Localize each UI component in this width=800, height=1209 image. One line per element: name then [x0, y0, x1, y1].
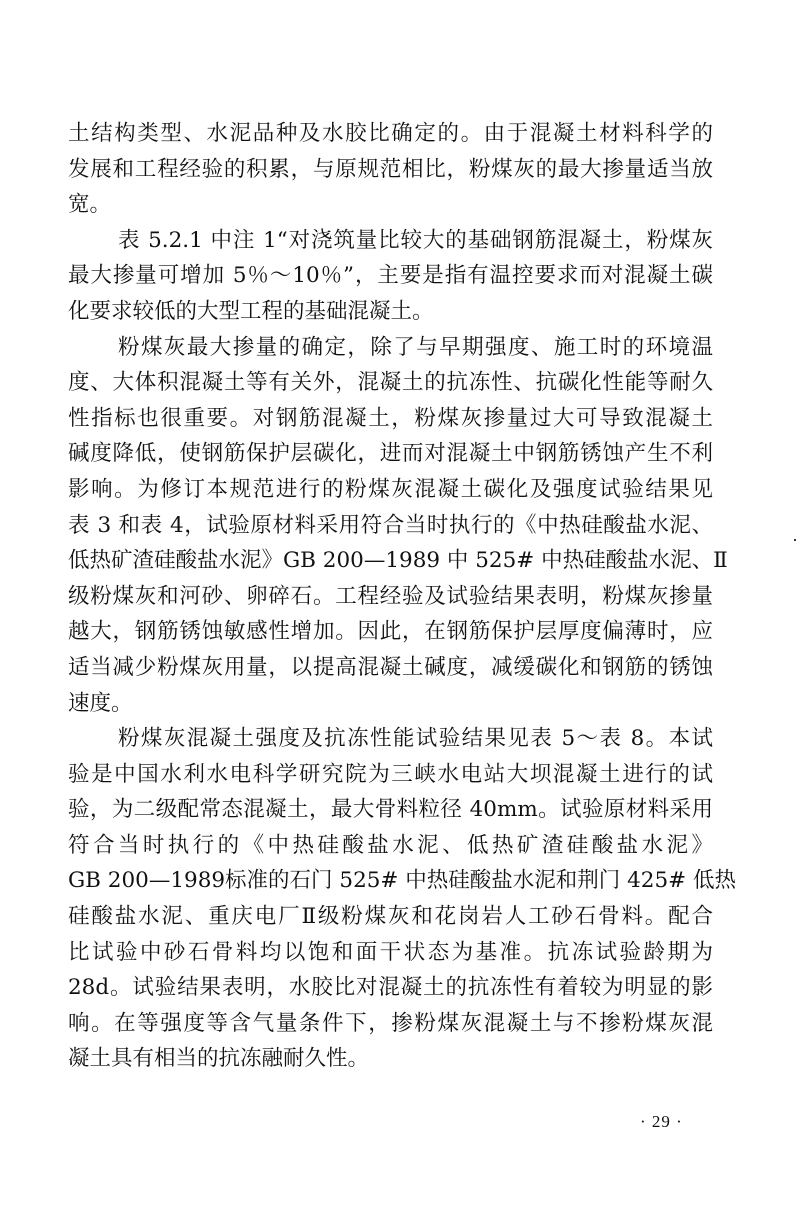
text-line: 宽。: [68, 187, 713, 223]
paragraph-1: 土结构类型、水泥品种及水胶比确定的。由于混凝土材料科学的 发展和工程经验的积累，…: [68, 116, 713, 223]
text-line: 发展和工程经验的积累，与原规范相比，粉煤灰的最大掺量适当放: [68, 152, 713, 188]
text-line: 度、大体积混凝土等有关外，混凝土的抗冻性、抗碳化性能等耐久: [68, 365, 713, 401]
text-line: 越大，钢筋锈蚀敏感性增加。因此，在钢筋保护层厚度偏薄时，应: [68, 614, 713, 650]
paragraph-2: 表 5.2.1 中注 1“对浇筑量比较大的基础钢筋混凝土，粉煤灰 最大掺量可增加…: [68, 223, 713, 330]
text-line: 比试验中砂石骨料均以饱和面干状态为基准。抗冻试验龄期为: [68, 935, 713, 971]
text-line: 速度。: [68, 686, 713, 722]
text-line: 适当减少粉煤灰用量，以提高混凝土碱度，减缓碳化和钢筋的锈蚀: [68, 650, 713, 686]
text-line: 表 5.2.1 中注 1“对浇筑量比较大的基础钢筋混凝土，粉煤灰: [68, 223, 713, 259]
text-line: 化要求较低的大型工程的基础混凝土。: [68, 294, 713, 330]
text-line: 影响。为修订本规范进行的粉煤灰混凝土碳化及强度试验结果见: [68, 472, 713, 508]
text-line: 碱度降低，使钢筋保护层碳化，进而对混凝土中钢筋锈蚀产生不利: [68, 436, 713, 472]
text-line: 验，为二级配常态混凝土，最大骨料粒径 40mm。试验原材料采用: [68, 792, 713, 828]
paragraph-4: 粉煤灰混凝土强度及抗冻性能试验结果见表 5～表 8。本试 验是中国水利水电科学研…: [68, 721, 713, 1077]
body-text: 土结构类型、水泥品种及水胶比确定的。由于混凝土材料科学的 发展和工程经验的积累，…: [68, 116, 713, 1077]
text-line: 性指标也很重要。对钢筋混凝土，粉煤灰掺量过大可导致混凝土: [68, 401, 713, 437]
paragraph-3: 粉煤灰最大掺量的确定，除了与早期强度、施工时的环境温 度、大体积混凝土等有关外，…: [68, 330, 713, 722]
scan-artifact-dot: [794, 539, 796, 541]
text-line: 最大掺量可增加 5％～10％”，主要是指有温控要求而对混凝土碳: [68, 258, 713, 294]
text-line: 符合当时执行的《中热硅酸盐水泥、低热矿渣硅酸盐水泥》: [68, 828, 713, 864]
text-line: 硅酸盐水泥、重庆电厂Ⅱ级粉煤灰和花岗岩人工砂石骨料。配合: [68, 899, 713, 935]
text-line: 土结构类型、水泥品种及水胶比确定的。由于混凝土材料科学的: [68, 116, 713, 152]
document-page: 土结构类型、水泥品种及水胶比确定的。由于混凝土材料科学的 发展和工程经验的积累，…: [0, 0, 800, 1209]
text-line: 粉煤灰混凝土强度及抗冻性能试验结果见表 5～表 8。本试: [68, 721, 713, 757]
page-number: · 29 ·: [640, 1112, 683, 1132]
text-line: 低热矿渣硅酸盐水泥》GB 200—1989 中 525# 中热硅酸盐水泥、Ⅱ: [68, 543, 713, 579]
text-line: 响。在等强度等含气量条件下，掺粉煤灰混凝土与不掺粉煤灰混: [68, 1006, 713, 1042]
text-line: 凝土具有相当的抗冻融耐久性。: [68, 1041, 713, 1077]
text-line: 28d。试验结果表明，水胶比对混凝土的抗冻性有着较为明显的影: [68, 970, 713, 1006]
text-line: 验是中国水利水电科学研究院为三峡水电站大坝混凝土进行的试: [68, 757, 713, 793]
text-line: 粉煤灰最大掺量的确定，除了与早期强度、施工时的环境温: [68, 330, 713, 366]
text-line: 级粉煤灰和河砂、卵碎石。工程经验及试验结果表明，粉煤灰掺量: [68, 579, 713, 615]
text-line: GB 200—1989标准的石门 525# 中热硅酸盐水泥和荆门 425# 低热: [68, 863, 713, 899]
text-line: 表 3 和表 4，试验原材料采用符合当时执行的《中热硅酸盐水泥、: [68, 508, 713, 544]
